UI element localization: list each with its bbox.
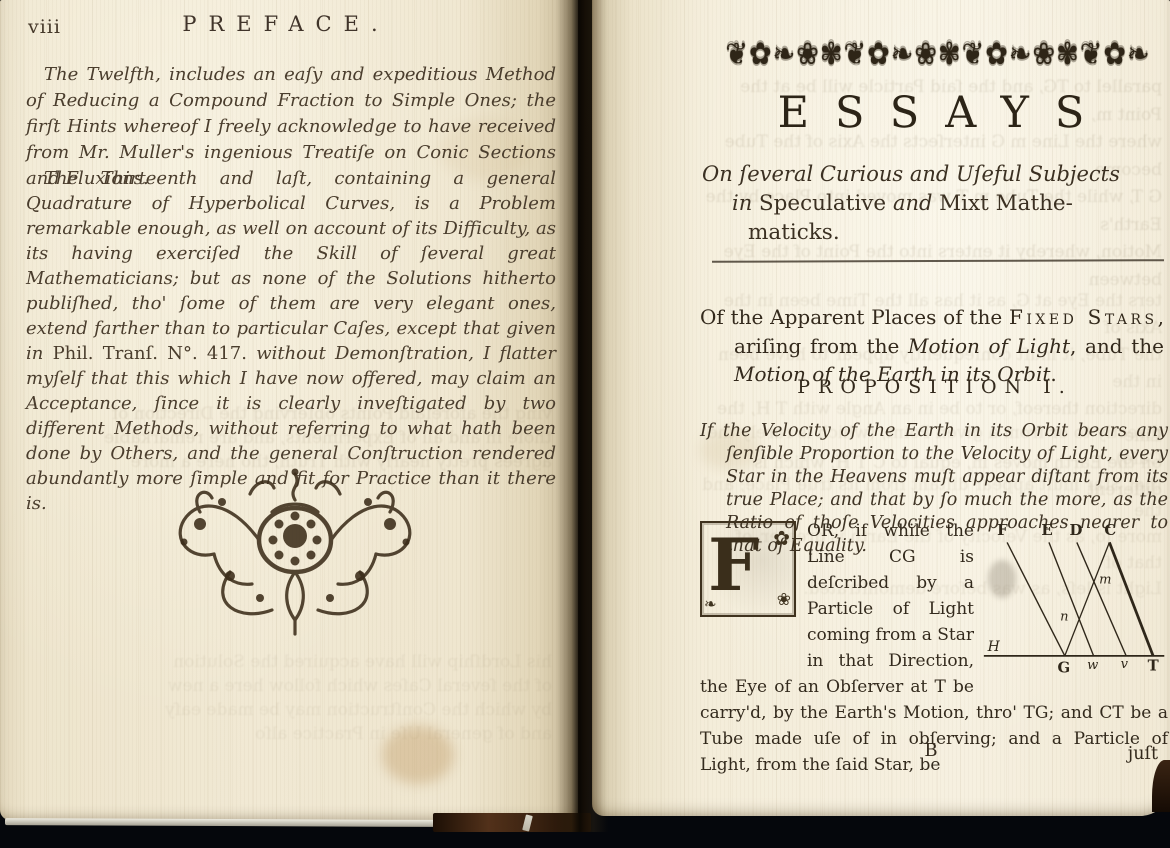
- leaf-icon: ❧: [704, 591, 717, 617]
- diagram-label-w: w: [1087, 658, 1098, 673]
- subtitle-line: On ſeveral Curious and Uſeful Subjects: [702, 160, 1168, 189]
- diagram-label-F: F: [997, 521, 1008, 539]
- diagram-label-E: E: [1041, 521, 1052, 539]
- book-scan-photo: { "scan": { "paper_left": "#efe6cf", "pa…: [0, 0, 1170, 848]
- book-title: ESSAYS: [700, 88, 1162, 138]
- signature-mark: B: [700, 740, 1162, 761]
- page-block-edge: [5, 818, 435, 827]
- diagram-label-m: m: [1099, 572, 1111, 587]
- leather-binding-edge: [433, 813, 591, 832]
- flower-icon: ✿: [773, 525, 790, 551]
- diagram-label-T: T: [1148, 657, 1159, 675]
- diagram-label-C: C: [1104, 521, 1116, 539]
- heading-segment: , and the: [1070, 334, 1164, 358]
- heading-segment: Of the Apparent Places of the: [700, 305, 1009, 329]
- citation-phil-trans: Phil. Tranſ. N°. 417.: [53, 343, 247, 364]
- subtitle-segment: and: [893, 191, 939, 215]
- tailpiece-ornament: [160, 458, 430, 643]
- book-subtitle: On ſeveral Curious and Uſeful Subjects i…: [702, 160, 1168, 247]
- paragraph-segment: The Thirteenth and laſt, containing a ge…: [26, 168, 556, 364]
- left-page-running-header: PREFACE.: [0, 12, 560, 36]
- subtitle-segment: Mixt Mathe-: [939, 191, 1073, 216]
- subtitle-line: maticks.: [702, 218, 1168, 247]
- diagram-label-H: H: [987, 639, 1001, 655]
- proposition-heading: PROPOSITION I.: [700, 376, 1162, 398]
- subtitle-segment: in: [732, 191, 759, 215]
- heading-segment: Motion of Light: [908, 334, 1070, 358]
- subtitle-segment: Speculative: [759, 191, 893, 216]
- diagram-label-v: v: [1121, 657, 1129, 672]
- flower-icon: ❀: [777, 587, 791, 613]
- body-paragraph: F ✿ ❀ ❧ F E D C H G w v T m n OR, if whi…: [700, 518, 1168, 778]
- floral-vignette-icon: [160, 458, 430, 643]
- headband-ornament: ❦✿❧❀✾❦✿❧❀✾❦✿❧❀✾❦✿❧: [710, 30, 1166, 82]
- woodcut-initial-F: F ✿ ❀ ❧: [700, 521, 796, 617]
- heading-fixed-stars: Fixed Stars: [1009, 305, 1158, 329]
- catchword: juſt: [1128, 744, 1158, 764]
- subtitle-line: in Speculative and Mixt Mathe-: [702, 189, 1168, 218]
- diagram-label-D: D: [1069, 521, 1082, 539]
- aberration-geometry-diagram: F E D C H G w v T m n: [982, 518, 1168, 684]
- diagram-label-n: n: [1060, 610, 1068, 625]
- diagram-label-G: G: [1057, 659, 1070, 677]
